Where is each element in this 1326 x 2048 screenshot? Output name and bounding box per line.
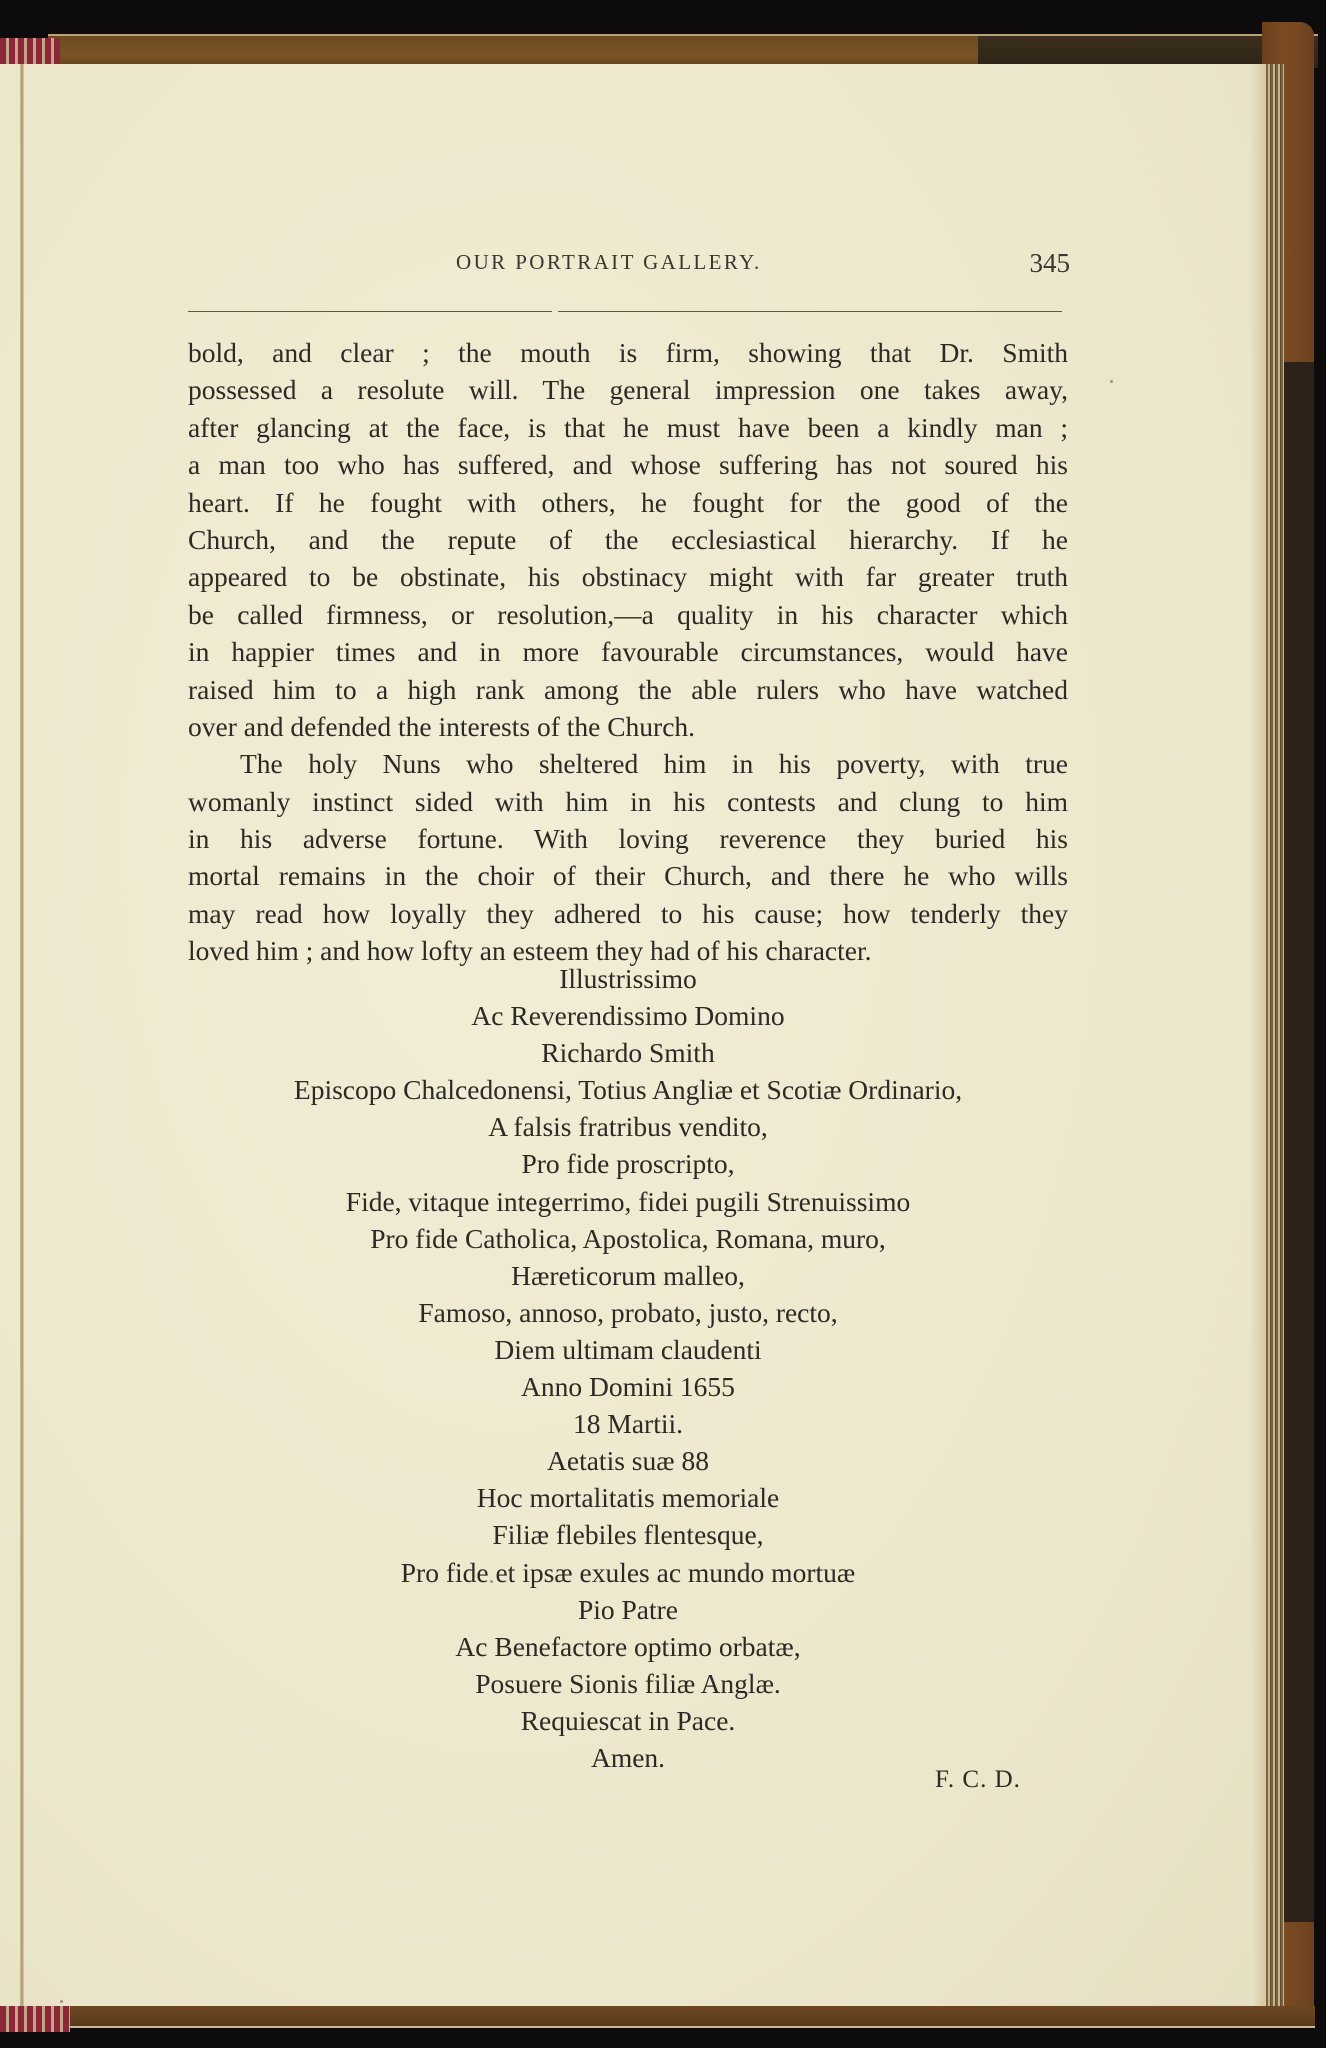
epitaph-line: Pro fide Catholica, Apostolica, Romana, …	[188, 1220, 1068, 1257]
epitaph-inscription: Illustrissimo Ac Reverendissimo Domino R…	[188, 960, 1068, 1776]
epitaph-line: Hæreticorum malleo,	[188, 1257, 1068, 1294]
epitaph-line: Posuere Sionis filiæ Anglæ.	[188, 1665, 1068, 1702]
page-number: 345	[1030, 248, 1071, 279]
book-cover-bottom-edge	[70, 2006, 1315, 2028]
page-edge-shadow	[1250, 64, 1266, 2006]
text-line: mortal remains in the choir of their Chu…	[188, 857, 1068, 894]
text-line: after glancing at the face, is that he m…	[188, 409, 1068, 446]
epitaph-line: 18 Martii.	[188, 1405, 1068, 1442]
paper-speck	[60, 2000, 63, 2003]
text-line: heart. If he fought with others, he foug…	[188, 484, 1068, 521]
running-header: OUR PORTRAIT GALLERY. 345	[188, 248, 1070, 288]
text-line: The holy Nuns who sheltered him in his p…	[188, 745, 1068, 782]
text-line: may read how loyally they adhered to his…	[188, 895, 1068, 932]
text-line: over and defended the interests of the C…	[188, 708, 1068, 745]
epitaph-line: Aetatis suæ 88	[188, 1442, 1068, 1479]
paragraph: bold, and clear ; the mouth is firm, sho…	[188, 334, 1068, 745]
epitaph-line: Richardo Smith	[188, 1034, 1068, 1071]
headband-bottom	[0, 2006, 70, 2032]
paper-speck	[1110, 380, 1113, 383]
epitaph-line: Requiescat in Pace.	[188, 1702, 1068, 1739]
page-gutter	[20, 64, 24, 2006]
epitaph-line: Fide, vitaque integerrimo, fidei pugili …	[188, 1183, 1068, 1220]
epitaph-line: A falsis fratribus vendito,	[188, 1108, 1068, 1145]
epitaph-line: Pio Patre	[188, 1591, 1068, 1628]
epitaph-line: Pro fide et ipsæ exules ac mundo mortuæ	[188, 1554, 1068, 1591]
text-line: Church, and the repute of the ecclesiast…	[188, 521, 1068, 558]
text-line: bold, and clear ; the mouth is firm, sho…	[188, 334, 1068, 371]
text-line: be called firmness, or resolution,—a qua…	[188, 596, 1068, 633]
text-line: possessed a resolute will. The general i…	[188, 371, 1068, 408]
text-line: appeared to be obstinate, his obstinacy …	[188, 558, 1068, 595]
epitaph-line: Ac Reverendissimo Domino	[188, 997, 1068, 1034]
epitaph-line: Diem ultimam claudenti	[188, 1331, 1068, 1368]
paragraph: The holy Nuns who sheltered him in his p…	[188, 745, 1068, 969]
text-line: in happier times and in more favourable …	[188, 633, 1068, 670]
epitaph-line: Episcopo Chalcedonensi, Totius Angliæ et…	[188, 1071, 1068, 1108]
epitaph-line: Illustrissimo	[188, 960, 1068, 997]
epitaph-line: Hoc mortalitatis memoriale	[188, 1479, 1068, 1516]
text-line: womanly instinct sided with him in his c…	[188, 783, 1068, 820]
text-line: a man too who has suffered, and whose su…	[188, 446, 1068, 483]
header-rule	[188, 311, 1062, 312]
book-cover-top-edge	[48, 34, 1318, 68]
epitaph-line: Pro fide proscripto,	[188, 1145, 1068, 1182]
page-stack-edges	[1266, 64, 1284, 2006]
epitaph-line: Filiæ flebiles flentesque,	[188, 1516, 1068, 1553]
epitaph-line: Ac Benefactore optimo orbatæ,	[188, 1628, 1068, 1665]
author-initials: F. C. D.	[935, 1766, 1021, 1794]
text-line: raised him to a high rank among the able…	[188, 671, 1068, 708]
body-text: bold, and clear ; the mouth is firm, sho…	[188, 334, 1068, 970]
epitaph-line: Anno Domini 1655	[188, 1368, 1068, 1405]
running-title: OUR PORTRAIT GALLERY.	[456, 250, 762, 275]
epitaph-line: Famoso, annoso, probato, justo, recto,	[188, 1294, 1068, 1331]
text-line: in his adverse fortune. With loving reve…	[188, 820, 1068, 857]
